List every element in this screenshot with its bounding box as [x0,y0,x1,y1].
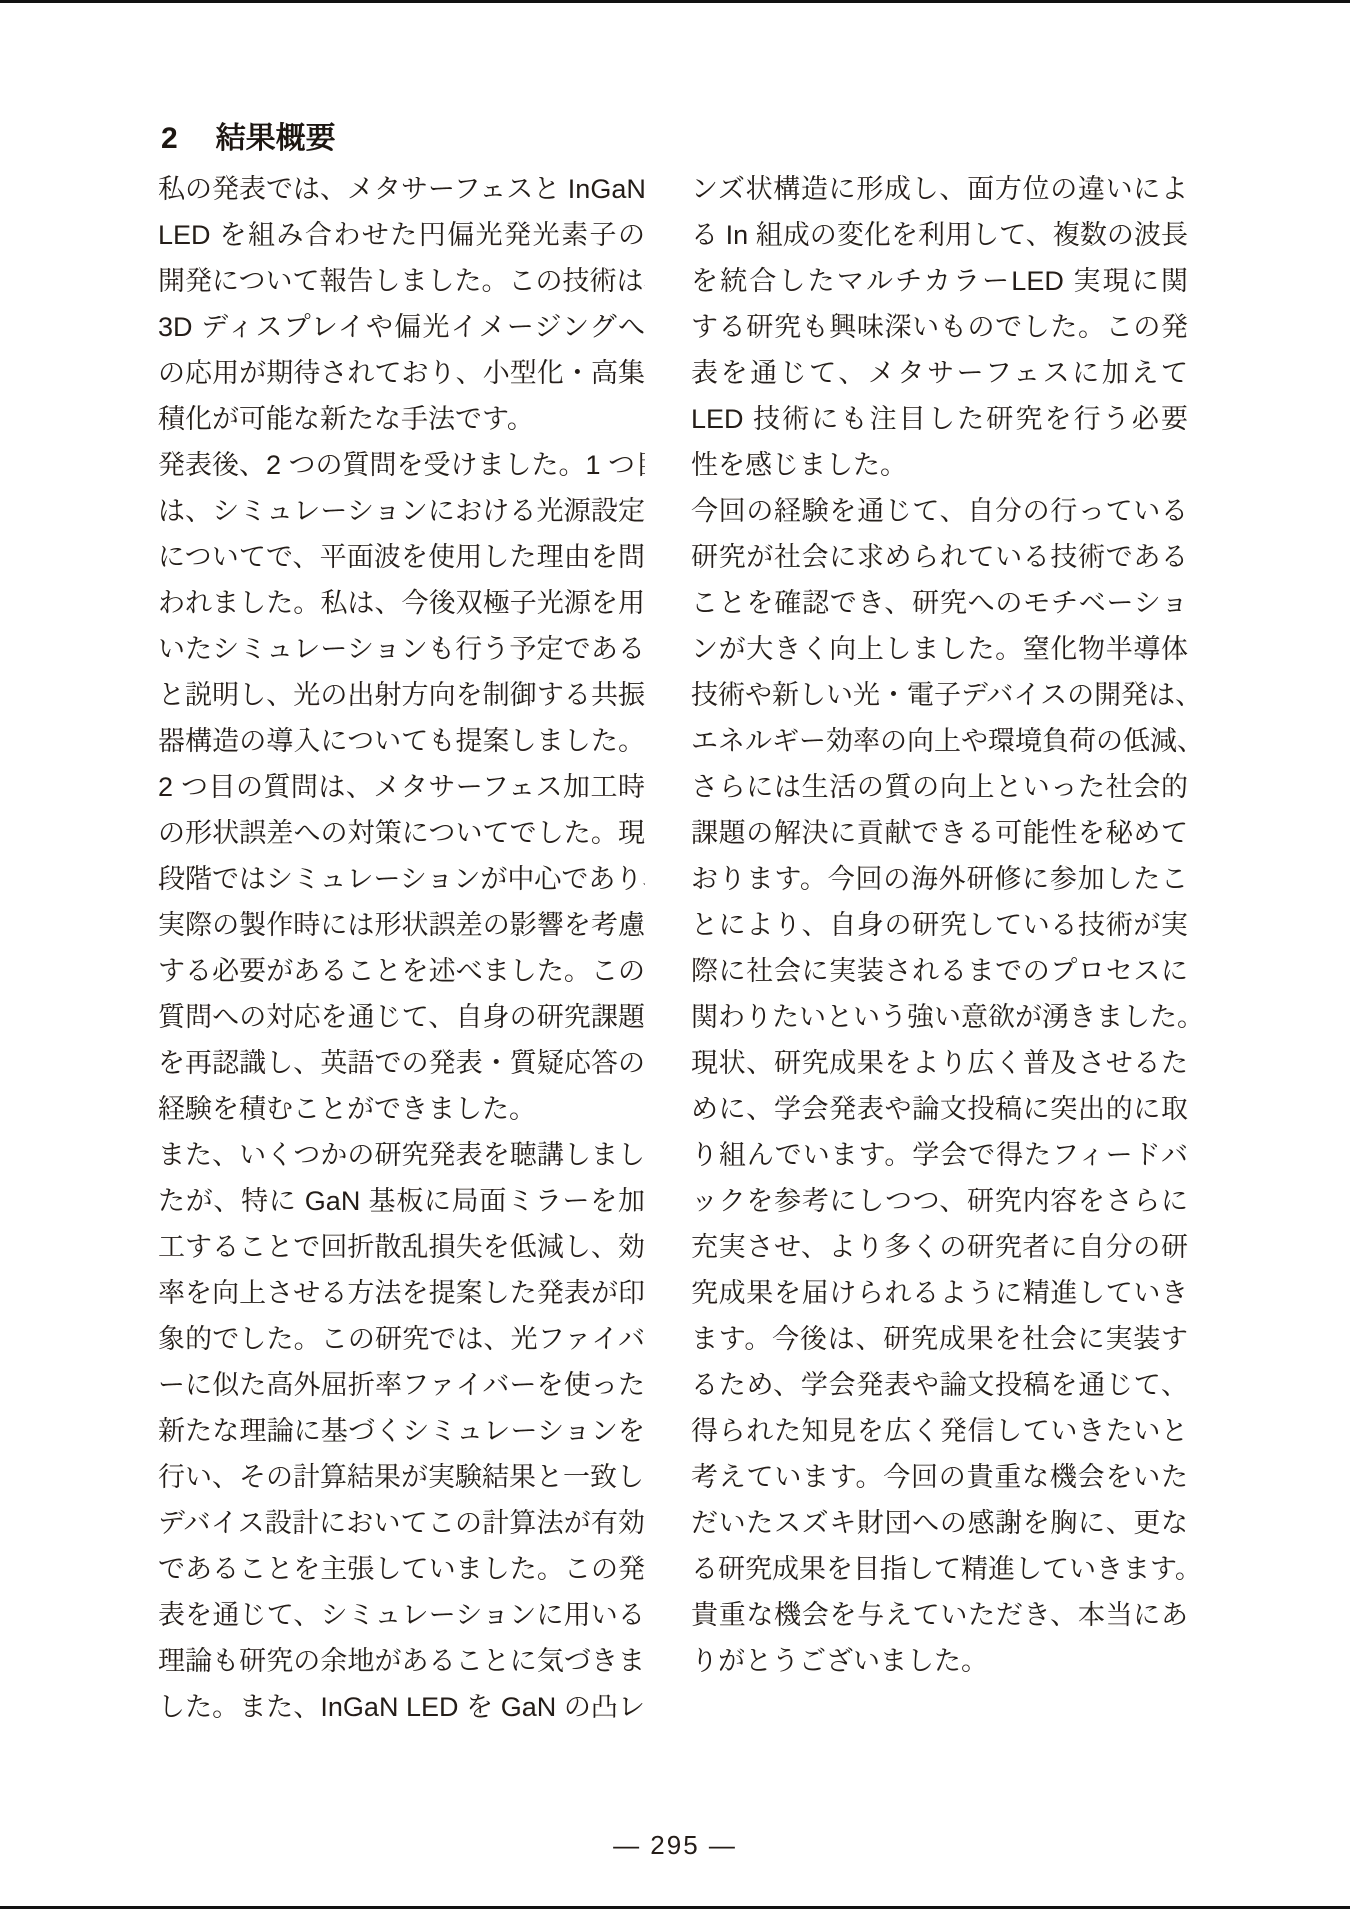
page-number: — 295 — [0,1828,1350,1862]
text-line: の形状誤差への対策についてでした。現 [158,810,645,856]
text-line: 現状、研究成果をより広く普及させるた [691,1040,1188,1086]
text-line: る研究成果を目指して精進していきます。 [691,1546,1188,1592]
text-line: ンが大きく向上しました。窒化物半導体 [691,626,1188,672]
text-line: 研究が社会に求められている技術である [691,534,1188,580]
text-line: 技術や新しい光・電子デバイスの開発は、 [691,672,1188,718]
text-line: ックを参考にしつつ、研究内容をさらに [691,1178,1188,1224]
text-line: デバイス設計においてこの計算法が有効 [158,1500,645,1546]
text-line: の応用が期待されており、小型化・高集 [158,350,645,396]
text-line: 工することで回折散乱損失を低減し、効 [158,1224,645,1270]
text-line: 2 つ目の質問は、メタサーフェス加工時 [158,764,645,810]
text-line: エネルギー効率の向上や環境負荷の低減、 [691,718,1188,764]
text-line: り組んでいます。学会で得たフィードバ [691,1132,1188,1178]
text-line: 新たな理論に基づくシミュレーションを [158,1408,645,1454]
text-line: とにより、自身の研究している技術が実 [691,902,1188,948]
text-line: るため、学会発表や論文投稿を通じて、 [691,1362,1188,1408]
text-line: りがとうございました。 [691,1638,1188,1684]
text-line: 理論も研究の余地があることに気づきま [158,1638,645,1684]
text-line: 象的でした。この研究では、光ファイバ [158,1316,645,1362]
text-line: 表を通じて、シミュレーションに用いる [158,1592,645,1638]
text-line: 考えています。今回の貴重な機会をいた [691,1454,1188,1500]
text-line: ことを確認でき、研究へのモチベーショ [691,580,1188,626]
text-line: また、いくつかの研究発表を聴講しまし [158,1132,645,1178]
text-line: いたシミュレーションも行う予定である [158,626,645,672]
text-line: 実際の製作時には形状誤差の影響を考慮 [158,902,645,948]
text-line: る In 組成の変化を利用して、複数の波長 [691,212,1188,258]
text-line: ます。今後は、研究成果を社会に実装す [691,1316,1188,1362]
text-line: 積化が可能な新たな手法です。 [158,396,645,442]
text-line: 表を通じて、メタサーフェスに加えて [691,350,1188,396]
text-line: めに、学会発表や論文投稿に突出的に取 [691,1086,1188,1132]
text-line: ンズ状構造に形成し、面方位の違いによ [691,166,1188,212]
text-line: 貴重な機会を与えていただき、本当にあ [691,1592,1188,1638]
text-column-right: ンズ状構造に形成し、面方位の違いによる In 組成の変化を利用して、複数の波長を… [691,166,1188,1684]
text-line: した。また、InGaN LED を GaN の凸レ [158,1684,645,1730]
text-line: を統合したマルチカラーLED 実現に関 [691,258,1188,304]
text-line: であることを主張していました。この発 [158,1546,645,1592]
text-line: 発表後、2 つの質問を受けました。1 つ目 [158,442,645,488]
text-line: ーに似た高外屈折率ファイバーを使った [158,1362,645,1408]
text-line: する必要があることを述べました。この [158,948,645,994]
document-page: 2結果概要 私の発表では、メタサーフェスと InGaNLED を組み合わせた円偏… [0,0,1350,1909]
section-title: 結果概要 [216,122,336,155]
text-line: 際に社会に実装されるまでのプロセスに [691,948,1188,994]
text-line: についてで、平面波を使用した理由を問 [158,534,645,580]
text-line: 究成果を届けられるように精進していき [691,1270,1188,1316]
text-line: 器構造の導入についても提案しました。 [158,718,645,764]
section-heading: 2結果概要 [161,121,336,157]
text-line: だいたスズキ財団への感謝を胸に、更な [691,1500,1188,1546]
text-line: たが、特に GaN 基板に局面ミラーを加 [158,1178,645,1224]
text-line: 得られた知見を広く発信していきたいと [691,1408,1188,1454]
text-line: と説明し、光の出射方向を制御する共振 [158,672,645,718]
text-line: おります。今回の海外研修に参加したこ [691,856,1188,902]
text-line: さらには生活の質の向上といった社会的 [691,764,1188,810]
text-column-left: 私の発表では、メタサーフェスと InGaNLED を組み合わせた円偏光発光素子の… [158,166,645,1730]
text-line: 性を感じました。 [691,442,1188,488]
text-line: する研究も興味深いものでした。この発 [691,304,1188,350]
text-line: 私の発表では、メタサーフェスと InGaN [158,166,645,212]
text-line: 段階ではシミュレーションが中心であり、 [158,856,645,902]
text-line: 率を向上させる方法を提案した発表が印 [158,1270,645,1316]
text-line: を再認識し、英語での発表・質疑応答の [158,1040,645,1086]
scan-edge-top [0,0,1350,3]
section-number: 2 [161,121,178,157]
text-line: LED 技術にも注目した研究を行う必要 [691,396,1188,442]
text-line: 今回の経験を通じて、自分の行っている [691,488,1188,534]
text-line: 経験を積むことができました。 [158,1086,645,1132]
text-line: 充実させ、より多くの研究者に自分の研 [691,1224,1188,1270]
text-line: 関わりたいという強い意欲が湧きました。 [691,994,1188,1040]
text-line: われました。私は、今後双極子光源を用 [158,580,645,626]
text-line: 質問への対応を通じて、自身の研究課題 [158,994,645,1040]
text-line: 課題の解決に貢献できる可能性を秘めて [691,810,1188,856]
text-line: 開発について報告しました。この技術は、 [158,258,645,304]
text-line: 行い、その計算結果が実験結果と一致し、 [158,1454,645,1500]
text-line: 3D ディスプレイや偏光イメージングへ [158,304,645,350]
text-line: LED を組み合わせた円偏光発光素子の [158,212,645,258]
text-line: は、シミュレーションにおける光源設定 [158,488,645,534]
